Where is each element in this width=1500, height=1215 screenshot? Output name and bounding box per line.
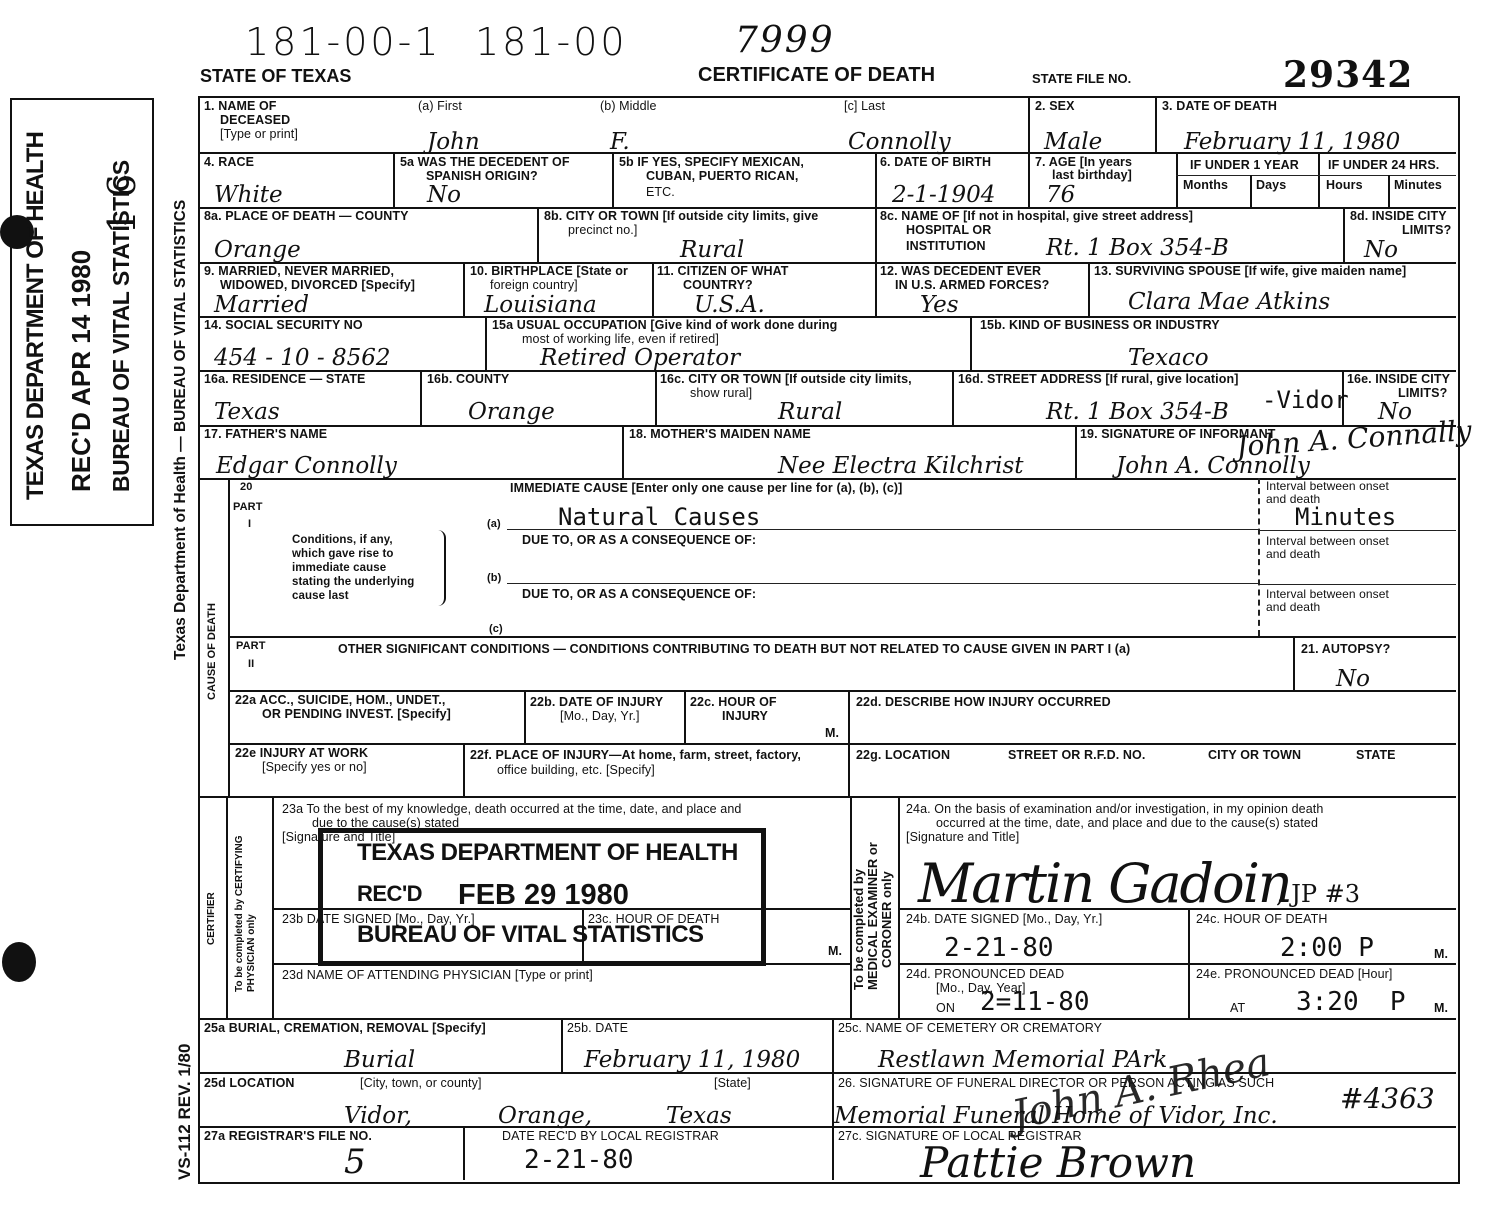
label: [Type or print]	[220, 128, 298, 141]
divider	[1176, 152, 1178, 207]
label: M.	[1434, 948, 1448, 961]
label: 4. RACE	[204, 156, 254, 169]
divider	[1176, 175, 1456, 176]
label: IF UNDER 24 HRS.	[1328, 159, 1439, 172]
label: [State]	[714, 1077, 751, 1090]
label: PART	[236, 640, 266, 653]
label: 2. SEX	[1035, 100, 1075, 113]
divider	[655, 370, 657, 425]
divider	[875, 262, 877, 316]
divider	[1318, 152, 1320, 207]
funeral-license-number: #4363	[1340, 1082, 1435, 1115]
label: 10. BIRTHPLACE [State or	[470, 265, 628, 278]
label: DUE TO, OR AS A CONSEQUENCE OF:	[522, 534, 756, 547]
label: DECEASED	[220, 114, 290, 127]
label: 8b. CITY OR TOWN [If outside city limits…	[544, 210, 818, 223]
divider	[1250, 175, 1252, 207]
divider	[898, 796, 900, 1018]
divider	[1293, 636, 1295, 690]
disposition-date-value: February 11, 1980	[584, 1048, 800, 1072]
label: precinct no.]	[568, 224, 637, 237]
side-department-text: Texas Department of Health — BUREAU OF V…	[172, 200, 190, 660]
stamp-line-2-date: FEB 29 1980	[458, 879, 629, 912]
label: 18. MOTHER'S MAIDEN NAME	[629, 428, 811, 441]
divider	[1258, 584, 1456, 585]
label: 1. NAME OF	[204, 100, 277, 113]
divider	[1342, 370, 1344, 425]
mother-maiden-name-value: Nee Electra Kilchrist	[778, 454, 1024, 478]
handwritten-ref-1: 181-00-1	[245, 20, 441, 64]
sex-value: Male	[1044, 130, 1102, 154]
divider	[1258, 530, 1456, 531]
label: 22a ACC., SUICIDE, HOM., UNDET.,	[235, 694, 445, 707]
divider	[226, 796, 228, 1018]
label: IN U.S. ARMED FORCES?	[895, 279, 1049, 292]
armed-forces-value: Yes	[920, 293, 959, 317]
label: COUNTRY?	[683, 279, 753, 292]
label: 22e INJURY AT WORK	[235, 747, 368, 760]
label: M.	[828, 945, 842, 958]
pronounced-dead-date-value: 2=11-80	[980, 990, 1090, 1014]
form-number: VS-112 REV. 1/80	[175, 1044, 195, 1180]
label: 16a. RESIDENCE — STATE	[204, 373, 366, 386]
handwritten-ref-3: 7999	[735, 20, 835, 61]
label: 16c. CITY OR TOWN [If outside city limit…	[660, 373, 912, 386]
divider	[622, 425, 624, 478]
divider	[684, 690, 686, 743]
label: 22f. PLACE OF INJURY—At home, farm, stre…	[470, 749, 801, 762]
race-value: White	[214, 183, 283, 207]
divider	[612, 152, 614, 207]
residence-county-value: Orange	[468, 400, 555, 424]
label: Days	[1256, 179, 1286, 192]
label: INJURY	[722, 710, 768, 723]
divider	[198, 1126, 1456, 1128]
father-name-value: Edgar Connolly	[216, 454, 397, 478]
divider	[463, 743, 465, 796]
label: INSTITUTION	[906, 240, 986, 253]
label: 25a BURIAL, CREMATION, REMOVAL [Specify]	[204, 1022, 486, 1035]
divider	[898, 908, 1456, 910]
label: 25d LOCATION	[204, 1077, 295, 1090]
label: 14. SOCIAL SECURITY NO	[204, 319, 363, 332]
label: 24a. On the basis of examination and/or …	[906, 803, 1323, 816]
divider	[1028, 96, 1030, 152]
residence-city-value: Rural	[778, 400, 842, 424]
conditions-note: Conditions, if any, which gave rise to i…	[292, 533, 427, 603]
burial-city-value: Vidor,	[344, 1104, 412, 1128]
divider	[1388, 175, 1390, 207]
divider	[898, 963, 1456, 965]
label: [Mo., Day, Yr.]	[560, 710, 640, 723]
divider	[537, 207, 539, 262]
divider	[198, 152, 1456, 154]
divider	[875, 207, 877, 262]
label: DATE REC'D BY LOCAL REGISTRAR	[502, 1130, 719, 1143]
divider	[1343, 207, 1345, 262]
label: 16b. COUNTY	[427, 373, 509, 386]
label: CUBAN, PUERTO RICAN,	[646, 170, 798, 183]
spanish-origin-value: No	[427, 183, 461, 207]
label: STREET OR R.F.D. NO.	[1008, 749, 1145, 762]
label: IF UNDER 1 YEAR	[1190, 159, 1299, 172]
divider	[561, 1018, 563, 1072]
divider	[228, 690, 1456, 692]
burial-state-value: Texas	[666, 1104, 732, 1128]
state-title: STATE OF TEXAS	[200, 66, 351, 87]
label: 22c. HOUR OF	[690, 696, 777, 709]
interval-a-value: Minutes	[1295, 505, 1396, 529]
divider	[463, 262, 465, 316]
stamp-handwritten-number: 1 6	[100, 174, 144, 234]
place-of-death-city-value: Rural	[680, 238, 744, 262]
label: (b)	[487, 572, 501, 585]
label: WIDOWED, DIVORCED [Specify]	[220, 279, 415, 292]
certifier-label: CERTIFIER	[206, 892, 217, 945]
label: 25b. DATE	[567, 1022, 628, 1035]
divider	[1258, 478, 1260, 636]
age-value: 76	[1046, 183, 1075, 207]
label: LIMITS?	[1402, 224, 1451, 237]
label: 21. AUTOPSY?	[1301, 643, 1390, 656]
bracket	[438, 530, 446, 606]
date-signed-value: 2-21-80	[944, 936, 1054, 960]
occupation-value: Retired Operator	[540, 346, 740, 370]
label: HOSPITAL OR	[906, 224, 991, 237]
divider	[1088, 262, 1090, 316]
label: 22g. LOCATION	[856, 749, 950, 762]
label: 8d. INSIDE CITY	[1350, 210, 1447, 223]
burial-county-value: Orange,	[498, 1104, 592, 1128]
local-registrar-signature: Pattie Brown	[920, 1138, 1196, 1187]
divider	[1155, 96, 1157, 152]
label: 3. DATE OF DEATH	[1162, 100, 1277, 113]
label: 24e. PRONOUNCED DEAD [Hour]	[1196, 968, 1393, 981]
registrar-file-number: 5	[344, 1142, 366, 1182]
label: [Signature and Title]	[906, 831, 1019, 844]
label: 24d. PRONOUNCED DEAD	[906, 968, 1064, 981]
divider	[1028, 152, 1030, 207]
label: 9. MARRIED, NEVER MARRIED,	[204, 265, 394, 278]
label: (b) Middle	[600, 100, 657, 113]
divider	[524, 690, 526, 743]
birthplace-value: Louisiana	[484, 293, 597, 317]
label: 15b. KIND OF BUSINESS OR INDUSTRY	[980, 319, 1220, 332]
divider	[485, 316, 487, 370]
label: CITY OR TOWN	[1208, 749, 1301, 762]
divider	[952, 370, 954, 425]
label: and death	[1266, 548, 1320, 561]
local-registrar-date-value: 2-21-80	[524, 1148, 634, 1172]
divider	[198, 796, 1456, 798]
label: PART	[233, 501, 263, 514]
label: M.	[1434, 1002, 1448, 1015]
citizenship-value: U.S.A.	[694, 293, 765, 317]
divider	[875, 152, 877, 207]
label: 23d NAME OF ATTENDING PHYSICIAN [Type or…	[282, 969, 593, 982]
label: 20	[240, 481, 252, 494]
label: OR PENDING INVEST. [Specify]	[262, 708, 451, 721]
stamp-line-1: TEXAS DEPARTMENT OF HEALTH	[357, 839, 738, 867]
label: 17. FATHER'S NAME	[204, 428, 327, 441]
label: last birthday]	[1052, 169, 1132, 182]
immediate-cause-value: Natural Causes	[558, 505, 760, 529]
disposition-value: Burial	[344, 1048, 415, 1072]
divider	[272, 796, 274, 1018]
middle-name-value: F.	[610, 130, 630, 154]
label: (a) First	[418, 100, 462, 113]
medical-examiner-label-3: CORONER only	[880, 871, 894, 968]
hour-of-death-value: 2:00 P	[1280, 936, 1374, 960]
label: 12. WAS DECEDENT EVER	[880, 265, 1041, 278]
label: 8a. PLACE OF DEATH — COUNTY	[204, 210, 409, 223]
received-stamp-feb: TEXAS DEPARTMENT OF HEALTH REC'D FEB 29 …	[318, 828, 766, 966]
first-name-value: John	[427, 130, 480, 154]
label: ON	[936, 1002, 955, 1015]
divider	[393, 152, 395, 207]
label: DUE TO, OR AS A CONSEQUENCE OF:	[522, 588, 756, 601]
autopsy-value: No	[1336, 667, 1370, 691]
label: AT	[1230, 1002, 1245, 1015]
label: 5a WAS THE DECEDENT OF	[400, 156, 570, 169]
certifying-physician-label: To be completed by CERTIFYING PHYSICIAN …	[234, 822, 258, 992]
divider	[832, 1018, 834, 1180]
label: 16d. STREET ADDRESS [If rural, give loca…	[958, 373, 1238, 386]
divider	[420, 370, 422, 425]
street-address-addendum: -Vidor	[1262, 388, 1349, 412]
place-of-death-county-value: Orange	[214, 238, 301, 262]
label: Minutes	[1394, 179, 1442, 192]
label: and death	[1266, 601, 1320, 614]
divider	[228, 478, 230, 798]
divider	[228, 636, 1456, 638]
divider	[198, 1018, 1456, 1020]
industry-value: Texaco	[1128, 346, 1209, 370]
label: Hours	[1326, 179, 1363, 192]
label: 23a To the best of my knowledge, death o…	[282, 803, 741, 816]
stamp-line-1: TEXAS DEPARTMENT OF HEALTH	[22, 132, 50, 500]
label: [City, town, or county]	[360, 1077, 482, 1090]
cause-of-death-label: CAUSE OF DEATH	[206, 603, 218, 700]
label: foreign country]	[490, 279, 578, 292]
divider	[652, 262, 654, 316]
label: 24c. HOUR OF DEATH	[1196, 913, 1327, 926]
label: 6. DATE OF BIRTH	[880, 156, 991, 169]
label: 25c. NAME OF CEMETERY OR CREMATORY	[838, 1022, 1102, 1035]
label: occurred at the time, date, and place an…	[936, 817, 1318, 830]
label: IMMEDIATE CAUSE [Enter only one cause pe…	[510, 482, 902, 495]
divider	[1075, 425, 1077, 478]
stamp-line-3: BUREAU OF VITAL STATISTICS	[357, 921, 704, 949]
label: office building, etc. [Specify]	[497, 764, 655, 777]
date-of-death-value: February 11, 1980	[1184, 130, 1400, 154]
label: 16e. INSIDE CITY	[1347, 373, 1450, 386]
label: STATE	[1356, 749, 1396, 762]
institution-value: Rt. 1 Box 354-B	[1046, 236, 1229, 260]
underline	[507, 583, 1259, 584]
divider	[970, 316, 972, 370]
label: [c] Last	[844, 100, 885, 113]
label: 8c. NAME OF [If not in hospital, give st…	[880, 210, 1193, 223]
handwritten-ref-2: 181-00	[475, 20, 628, 64]
label: 13. SURVIVING SPOUSE [If wife, give maid…	[1094, 265, 1406, 278]
label: 22b. DATE OF INJURY	[530, 696, 663, 709]
residence-state-value: Texas	[214, 400, 280, 424]
page-title: CERTIFICATE OF DEATH	[698, 64, 935, 87]
punch-hole	[2, 942, 36, 982]
stamp-line-2: REC'D APR 14 1980	[66, 250, 97, 492]
label: 15a USUAL OCCUPATION [Give kind of work …	[492, 319, 837, 332]
label: II	[248, 658, 254, 671]
medical-examiner-label-1: To be completed by	[852, 869, 866, 990]
pronounced-dead-hour-value: 3:20 P	[1296, 990, 1406, 1014]
state-file-number: 29342	[1283, 54, 1413, 96]
label: Months	[1183, 179, 1228, 192]
stamp-line-2-label: REC'D	[357, 881, 422, 907]
label: M.	[825, 727, 839, 740]
surviving-spouse-value: Clara Mae Atkins	[1128, 290, 1330, 314]
divider	[228, 743, 1456, 745]
label: (a)	[487, 518, 501, 531]
social-security-value: 454 - 10 - 8562	[214, 346, 391, 370]
street-address-value: Rt. 1 Box 354-B	[1046, 400, 1229, 424]
medical-examiner-signature: Martin Gadoin	[918, 852, 1291, 915]
label: (c)	[489, 623, 503, 636]
label: ETC.	[646, 186, 675, 199]
inside-city-limits-value: No	[1364, 238, 1398, 262]
label: OTHER SIGNIFICANT CONDITIONS — CONDITION…	[338, 643, 1130, 656]
label: show rural]	[690, 387, 752, 400]
medical-examiner-label-2: MEDICAL EXAMINER or	[866, 842, 880, 990]
label: [Specify yes or no]	[262, 761, 367, 774]
label: 11. CITIZEN OF WHAT	[657, 265, 789, 278]
label: I	[248, 518, 251, 531]
divider	[463, 1126, 465, 1180]
label: 22d. DESCRIBE HOW INJURY OCCURRED	[856, 696, 1111, 709]
marital-status-value: Married	[214, 293, 309, 317]
state-file-label: STATE FILE NO.	[1032, 71, 1131, 86]
label: 24b. DATE SIGNED [Mo., Day, Yr.]	[906, 913, 1102, 926]
label: 5b IF YES, SPECIFY MEXICAN,	[619, 156, 804, 169]
date-of-birth-value: 2-1-1904	[892, 183, 995, 207]
signer-title: , JP #3	[1276, 882, 1360, 906]
last-name-value: Connolly	[848, 130, 951, 154]
